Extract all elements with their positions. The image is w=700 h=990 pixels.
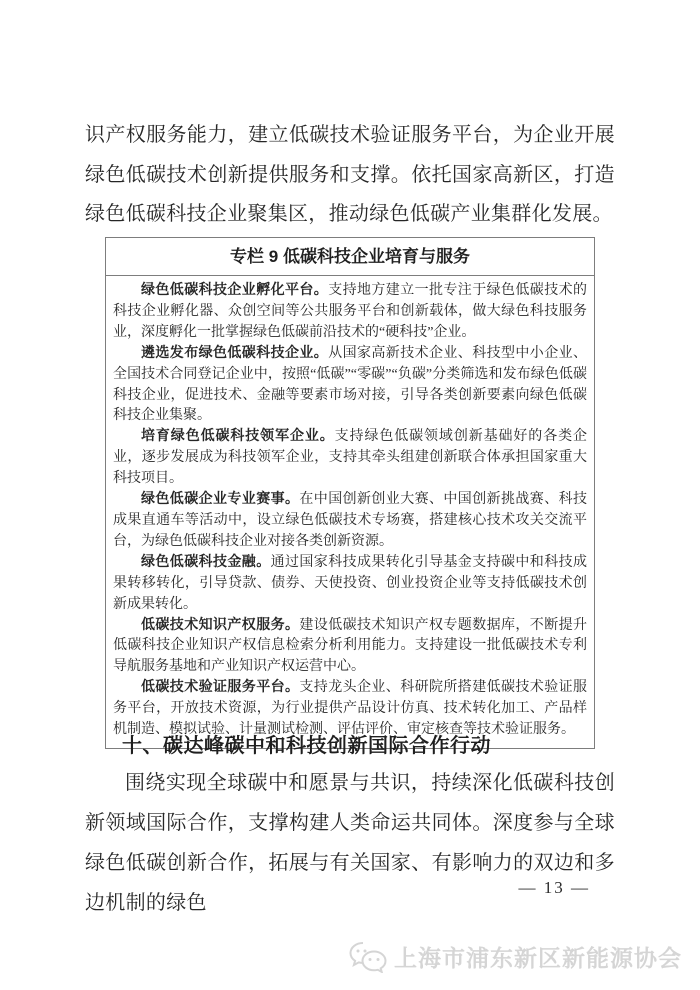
paragraph-lead: 低碳技术知识产权服务。 xyxy=(141,618,299,633)
paragraph-lead: 绿色低碳科技金融。 xyxy=(141,555,271,570)
box-paragraph: 绿色低碳科技金融。通过国家科技成果转化引导基金支持碳中和科技成果转移转化，引导贷… xyxy=(113,553,587,616)
footer-org-name: 上海市浦东新区新能源协会 xyxy=(394,940,682,973)
box-paragraph: 低碳技术知识产权服务。建设低碳技术知识产权专题数据库，不断提升低碳科技企业知识产… xyxy=(113,616,587,679)
box-paragraph: 培育绿色低碳科技领军企业。支持绿色低碳领域创新基础好的各类企业，逐步发展成为科技… xyxy=(113,427,587,490)
paragraph-lead: 低碳技术验证服务平台。 xyxy=(141,680,299,695)
footer-watermark: 上海市浦东新区新能源协会 xyxy=(348,940,682,973)
paragraph-lead: 遴选发布绿色低碳科技企业。 xyxy=(141,346,328,361)
paragraph-lead: 绿色低碳企业专业赛事。 xyxy=(141,492,299,507)
section-heading: 十、碳达峰碳中和科技创新国际合作行动 xyxy=(122,729,491,758)
page-number: — 13 — xyxy=(519,878,591,898)
box-paragraph: 遴选发布绿色低碳科技企业。从国家高新技术企业、科技型中小企业、全国技术合同登记企… xyxy=(113,344,587,428)
wechat-logo-icon xyxy=(348,941,388,973)
box-paragraph: 绿色低碳企业专业赛事。在中国创新创业大赛、中国创新挑战赛、科技成果直通车等活动中… xyxy=(113,490,587,553)
box-paragraph: 绿色低碳科技企业孵化平台。支持地方建立一批专注于绿色低碳技术的科技企业孵化器、众… xyxy=(113,281,587,344)
document-page: 识产权服务能力，建立低碳技术验证服务平台，为企业开展绿色低碳技术创新提供服务和支… xyxy=(0,0,700,990)
column-box-title: 专栏 9 低碳科技企业培育与服务 xyxy=(106,238,594,276)
column-box-body: 绿色低碳科技企业孵化平台。支持地方建立一批专注于绿色低碳技术的科技企业孵化器、众… xyxy=(106,276,594,748)
body-paragraph: 围绕实现全球碳中和愿景与共识，持续深化低碳科技创新领域国际合作，支撑构建人类命运… xyxy=(85,763,615,923)
paragraph-lead: 绿色低碳科技企业孵化平台。 xyxy=(141,283,328,298)
top-paragraph: 识产权服务能力，建立低碳技术验证服务平台，为企业开展绿色低碳技术创新提供服务和支… xyxy=(85,116,615,235)
paragraph-lead: 培育绿色低碳科技领军企业。 xyxy=(141,429,335,444)
column-box: 专栏 9 低碳科技企业培育与服务 绿色低碳科技企业孵化平台。支持地方建立一批专注… xyxy=(105,237,595,749)
